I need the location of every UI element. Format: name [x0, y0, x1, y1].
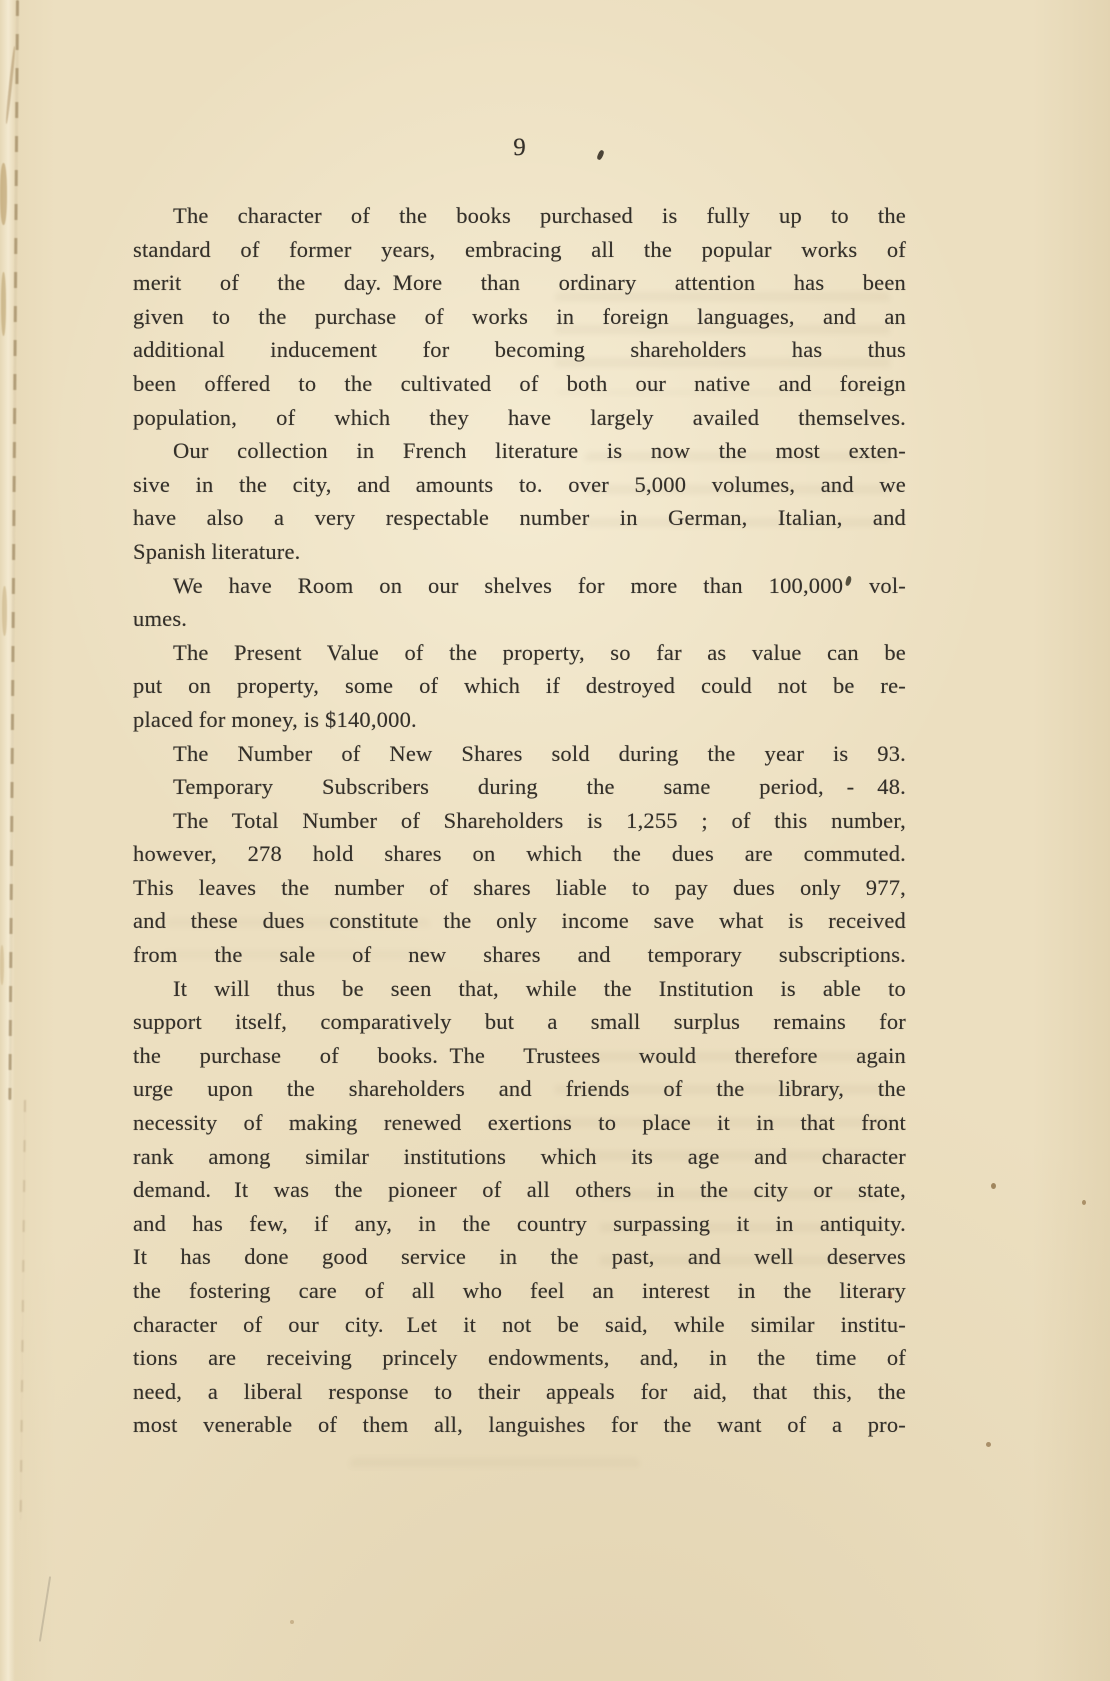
text-line: character of our city. Let it not be sai…	[133, 1308, 906, 1342]
text-line: sive in the city, and amounts to. over 5…	[133, 468, 906, 502]
text-line: tions are receiving princely endowments,…	[133, 1341, 906, 1375]
scan-speck	[290, 1620, 294, 1624]
paragraph: The character of the books purchased is …	[133, 199, 906, 434]
text-line: urge upon the shareholders and friends o…	[133, 1072, 906, 1106]
text-line: given to the purchase of works in foreig…	[133, 300, 906, 334]
text-line: most venerable of them all, languishes f…	[133, 1408, 906, 1442]
text-line: The Total Number of Shareholders is 1,25…	[133, 804, 906, 838]
scan-speck	[991, 1183, 996, 1189]
text-line: rank among similar institutions which it…	[133, 1140, 906, 1174]
text-line: from the sale of new shares and temporar…	[133, 938, 906, 972]
text-line: We have Room on our shelves for more tha…	[133, 569, 906, 603]
paragraph: The Present Value of the property, so fa…	[133, 636, 906, 737]
text-line: support itself, comparatively but a smal…	[133, 1005, 906, 1039]
edge-foxing-mark	[1, 272, 6, 336]
text-line: necessity of making renewed exertions to…	[133, 1106, 906, 1140]
left-crease-line-lower	[20, 1100, 26, 1520]
text-line: Temporary Subscribers during the same pe…	[133, 770, 906, 804]
text-line: demand. It was the pioneer of all others…	[133, 1173, 906, 1207]
text-line: standard of former years, embracing all …	[133, 233, 906, 267]
text-line: Spanish literature.	[133, 535, 906, 569]
text-line: umes.	[133, 602, 906, 636]
text-line: It will thus be seen that, while the Ins…	[133, 972, 906, 1006]
text-line: It has done good service in the past, an…	[133, 1240, 906, 1274]
text-line: the purchase of books. The Trustees woul…	[133, 1039, 906, 1073]
scan-speck	[1082, 1200, 1086, 1205]
page-number: 9	[133, 134, 906, 162]
text-line: additional inducement for becoming share…	[133, 333, 906, 367]
text-line: have also a very respectable number in G…	[133, 501, 906, 535]
edge-foxing-mark	[2, 586, 7, 636]
scan-speck	[986, 1442, 991, 1447]
text-line: put on property, some of which if destro…	[133, 669, 906, 703]
text-line: been offered to the cultivated of both o…	[133, 367, 906, 401]
text-line: need, a liberal response to their appeal…	[133, 1375, 906, 1409]
scanned-book-page: 9 The character of the books purchased i…	[0, 0, 1110, 1681]
paragraph: It will thus be seen that, while the Ins…	[133, 972, 906, 1442]
text-line: The character of the books purchased is …	[133, 199, 906, 233]
text-line: population, of which they have largely a…	[133, 401, 906, 435]
text-line: The Number of New Shares sold during the…	[133, 737, 906, 771]
paragraph: The Number of New Shares sold during the…	[133, 737, 906, 771]
paragraph: Temporary Subscribers during the same pe…	[133, 770, 906, 804]
text-line: the fostering care of all who feel an in…	[133, 1274, 906, 1308]
text-line: This leaves the number of shares liable …	[133, 871, 906, 905]
edge-foxing-mark	[0, 163, 7, 225]
text-line: and these dues constitute the only incom…	[133, 904, 906, 938]
paragraph: The Total Number of Shareholders is 1,25…	[133, 804, 906, 972]
text-line: and has few, if any, in the country surp…	[133, 1207, 906, 1241]
paragraph: We have Room on our shelves for more tha…	[133, 569, 906, 636]
pencil-mark	[39, 1576, 51, 1642]
text-line: however, 278 hold shares on which the du…	[133, 837, 906, 871]
text-line: merit of the day. More than ordinary att…	[133, 266, 906, 300]
text-line: Our collection in French literature is n…	[133, 434, 906, 468]
page-text: The character of the books purchased is …	[133, 199, 906, 1442]
text-line: placed for money, is $140,000.	[133, 703, 906, 737]
edge-foxing-mark	[0, 945, 4, 985]
text-line: The Present Value of the property, so fa…	[133, 636, 906, 670]
showthrough-text-smudge	[350, 1458, 640, 1484]
paragraph: Our collection in French literature is n…	[133, 434, 906, 568]
